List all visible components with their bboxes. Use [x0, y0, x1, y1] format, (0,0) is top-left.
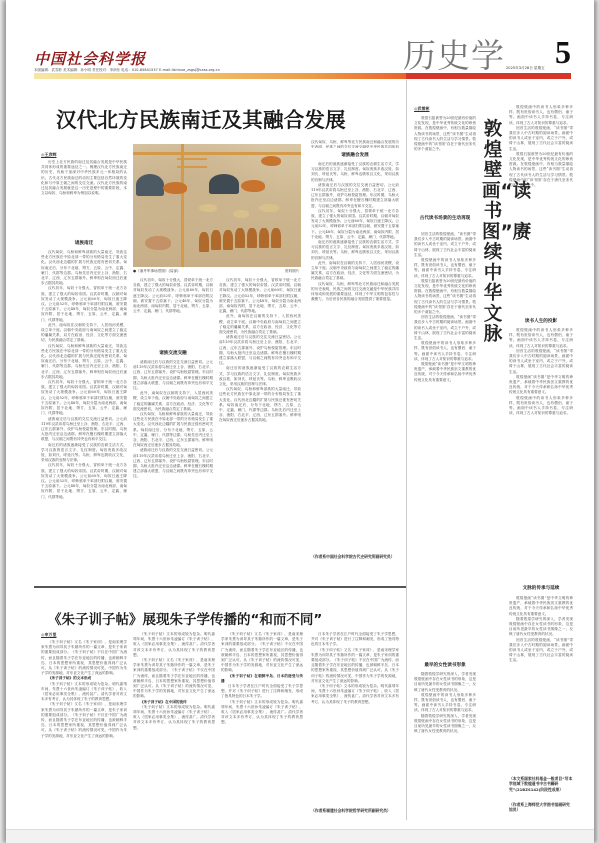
page-number: 5: [555, 34, 571, 71]
article2-headline: 《朱子训子帖》展现朱子学传播的“和而不同”: [48, 608, 322, 628]
article1-subhead-2: 诸族交流交融: [133, 350, 213, 356]
article2-author-note: （作者系福建社会科学院哲学研究所副研究员）: [311, 808, 399, 813]
mural-camel: [259, 228, 269, 248]
article2-col3: 《朱子训子帖》又名《朱子家训》，是南宋理学家朱熹为训导其子朱塾所作的一篇文章，是…: [221, 632, 303, 830]
mural-image: [133, 144, 301, 267]
mural-carriage: [136, 174, 164, 196]
article3-col1: 回首生活的敦煌壁画，“读书图”带我们步入中古时期的阅读场景。画面中的读书人或坐于…: [414, 232, 476, 584]
mural-camel: [271, 228, 281, 248]
newspaper-masthead: 中国社会科学报: [34, 48, 146, 69]
article1-col3: 汉代初年，匈奴十分强大，冒顿单于统一北方各族，建立了强大的匈奴帝国。汉武帝时期，…: [219, 278, 301, 585]
article3-subhead-1: 古代读书场景的生动再现: [414, 216, 476, 222]
mural-horse: [261, 156, 281, 166]
article3-subhead-3: 最早的女性读书形象: [414, 662, 476, 668]
article1-col4: 南迁后的诸族逐渐接受了汉族的农耕生活方式，学习汉族的语言文字、礼仪制度。匈奴贵族…: [311, 162, 399, 554]
header-gradient-bar: [34, 73, 406, 79]
article3-col1b: 随着敦煌学研究的深入，学者发现敦煌壁画中存在女性读书的形象，这是目前所见最早的女…: [414, 672, 476, 822]
mural-horse: [241, 180, 265, 192]
mural-beam: [133, 152, 301, 155]
mural-horse: [145, 236, 171, 250]
article1-col2: 诸族南迁后与汉族的交往交流日益密切。公元前119年汉武帝将乌桓迁至上谷、渔阳、右…: [133, 360, 213, 585]
article-divider: [34, 586, 406, 588]
editor-credits: 本版编辑：武雪彬 美术编辑：孙小明 责任校对：李润东 电话：010-858415…: [34, 67, 220, 72]
article3-col2c: 敦煌壁画“读书图”是中华文明的珍贵遗产，承载着中华民族崇文重教的优良传统，对于今…: [509, 596, 573, 774]
article3-byline: ◎武雪彬: [414, 106, 430, 112]
column-divider: [406, 80, 407, 820]
mural-carriage: [209, 174, 239, 194]
image-caption: ●《塞外军事场景图》(局部): [133, 269, 178, 274]
article3-subhead-2: 读书人生的投影: [509, 318, 573, 324]
mural-beam: [177, 158, 207, 160]
article2-col2: 《朱子训子帖》文本的形成较为复杂。明代嘉靖年间，朱熹十六世孙朱凌编订《朱子训子帖…: [133, 632, 215, 830]
mural-camel: [211, 230, 221, 250]
newspaper-page: 中国社会科学报 本版编辑：武雪彬 美术编辑：孙小明 责任校对：李润东 电话：01…: [6, 0, 594, 843]
article3-author-note: （作者系上海师范大学图书馆副研究馆员）: [509, 802, 573, 813]
article2-col4: 日本朱子学者在江户时代全面接受了朱子学思想，并对《朱子训子帖》进行了注释和阐发，…: [311, 632, 399, 807]
article3-intro: 敦煌石窟被誉为20世纪最有价值的文化发现，是中华优秀传统文化的珍贵资源。在敦煌壁…: [414, 116, 476, 211]
mural-camel: [247, 228, 257, 248]
article2-col1: 《朱子训子帖》又名《朱子家训》，是南宋理学家朱熹为训导其子朱塾所作的一篇文章，是…: [41, 640, 127, 830]
article3-vertical-headline: 敦煌壁画“读书图”赓续中华文脉: [482, 120, 504, 346]
issue-date: 2025年3月28日 星期五: [506, 66, 545, 71]
article3-subhead-4: 文脉的传承与延续: [509, 585, 573, 591]
mural-beam: [181, 144, 184, 267]
article3-fund-note: （本文系国家社科基金一般项目“写本学视域下敦煌道书中古书籍研究”(21BZS14…: [509, 776, 573, 792]
mural-horse: [259, 204, 279, 212]
article1-col4-top: 汉代匈奴、乌桓、鲜卑等北方民族南迁和融合发展的历史表明，民族之间的交往交流交融是…: [311, 140, 399, 148]
image-credit: 资料图片: [285, 269, 299, 274]
mural-horse: [233, 210, 249, 218]
article1-author-note: （作者系中国社会科学院古代史研究所副研究员）: [311, 554, 399, 559]
mural-camel: [223, 230, 233, 250]
header-red-bar: [406, 73, 571, 79]
article1-col2a: 汉代初年，匈奴十分强大，冒顿单于统一北方各族，建立了强大的匈奴帝国。汉武帝时期，…: [133, 278, 213, 348]
mural-horse: [199, 204, 217, 212]
section-title: 历史学: [403, 30, 505, 77]
mural-horse: [163, 182, 187, 194]
article1-col1: 汉代匈奴、乌桓和鲜卑部族的大量南迁，导致这些北方民族在中原北部一带的分布格局发生…: [41, 250, 127, 585]
article1-subhead-1: 诸族南迁: [41, 240, 127, 246]
article1-subhead-3: 诸族融合发展: [311, 152, 399, 158]
mural-camel: [235, 228, 245, 248]
article3-col2: 敦煌壁画中的读书人形象多种多样，既有世俗读书人，也有僧侣、童子等。画面中读书人手…: [509, 105, 573, 315]
article2-byline: ◎申万里: [41, 632, 57, 638]
mural-camel: [199, 232, 209, 252]
article1-headline: 汉代北方民族南迁及其融合发展: [56, 103, 376, 133]
page-bottom-edge: [6, 829, 594, 843]
article1-intro: 历史上北方民族的南迁及其融合发展是中华民族共同体形成的重要途径之一。梳理汉代北方…: [41, 160, 127, 238]
article1-byline: ◎王彦辉: [41, 152, 57, 158]
mural-beam: [177, 166, 207, 168]
article3-col2b: 敦煌壁画中的读书人形象多种多样，既有世俗读书人，也有僧侣、童子等。画面中读书人手…: [509, 328, 573, 584]
